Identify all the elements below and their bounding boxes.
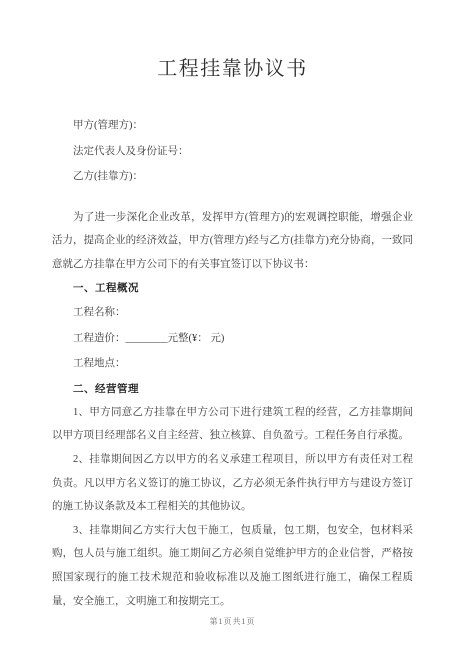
party-b-line: 乙方(挂靠方)： xyxy=(52,164,413,190)
section-heading-project-overview: 一、工程概况 xyxy=(52,276,413,300)
page-number-footer: 第1页共1页 xyxy=(52,616,413,627)
section-heading-business-management: 二、经营管理 xyxy=(52,377,413,401)
project-cost-line: 工程造价：________元整(¥： 元) xyxy=(52,326,413,352)
document-page: 工程挂靠协议书 甲方(管理方)： 法定代表人及身份证号： 乙方(挂靠方)： 为了… xyxy=(0,0,463,655)
clause-1-paragraph: 1、甲方同意乙方挂靠在甲方公司下进行建筑工程的经营，乙方挂靠期间以甲方项目经理部… xyxy=(52,401,413,448)
blank-line xyxy=(52,190,413,206)
document-body: 甲方(管理方)： 法定代表人及身份证号： 乙方(挂靠方)： 为了进一步深化企业改… xyxy=(52,113,413,613)
legal-representative-line: 法定代表人及身份证号： xyxy=(52,139,413,165)
party-a-line: 甲方(管理方)： xyxy=(52,113,413,139)
document-title: 工程挂靠协议书 xyxy=(52,56,413,82)
project-location-line: 工程地点： xyxy=(52,351,413,377)
project-name-line: 工程名称： xyxy=(52,300,413,326)
clause-2-paragraph: 2、挂靠期间因乙方以甲方的名义承建工程项目，所以甲方有责任对工程负责。凡以甲方名… xyxy=(52,448,413,519)
intro-paragraph: 为了进一步深化企业改革，发挥甲方(管理方)的宏观调控职能，增强企业活力，提高企业… xyxy=(52,206,413,277)
clause-3-paragraph: 3、挂靠期间乙方实行大包干施工，包质量，包工期，包安全，包材料采购，包人员与施工… xyxy=(52,519,413,613)
